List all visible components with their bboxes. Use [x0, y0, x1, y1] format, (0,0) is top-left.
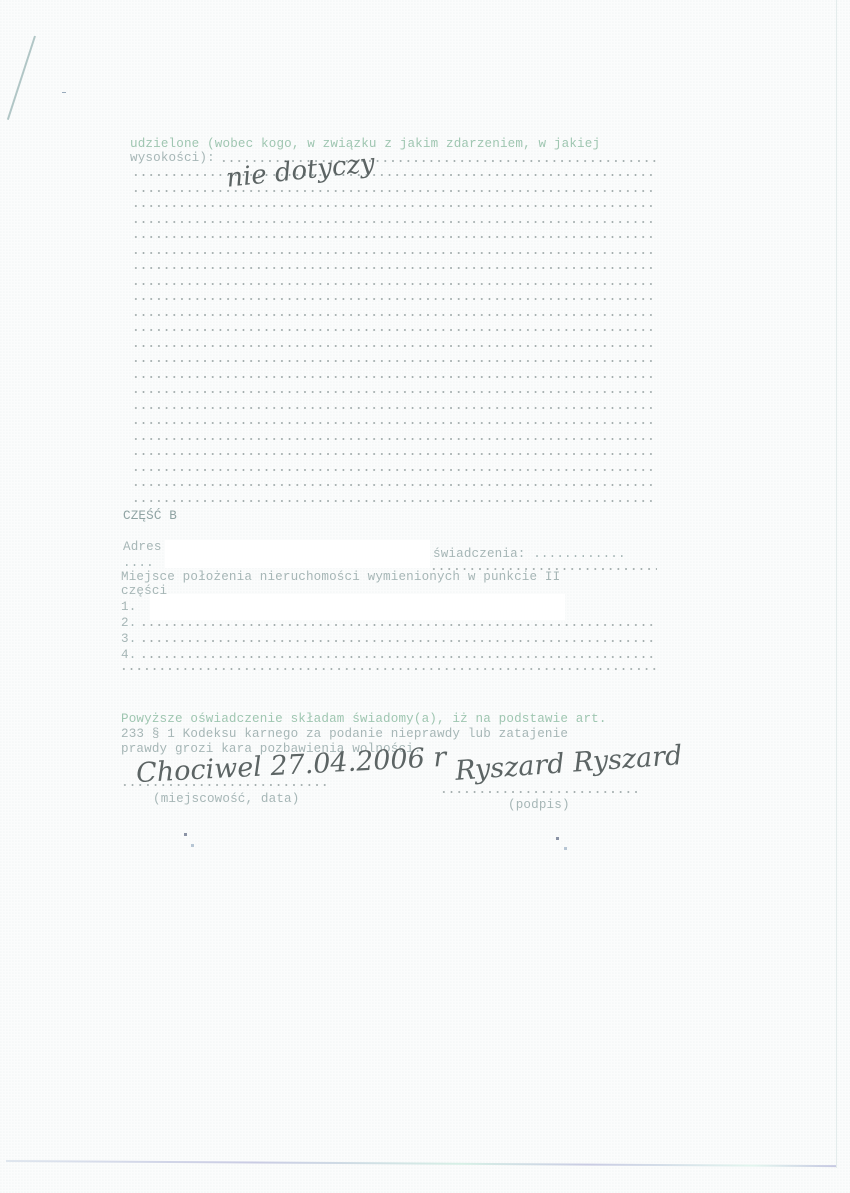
blank-dotted-line — [132, 453, 657, 455]
signature-dotted-line — [440, 791, 640, 793]
handwritten-answer: nie dotyczy — [225, 148, 376, 193]
blank-dotted-line — [132, 236, 657, 238]
item-3-dotted-line — [140, 640, 657, 642]
blank-dotted-line — [132, 438, 657, 440]
blank-dotted-line — [132, 407, 657, 409]
pen-mark-dot — [62, 92, 66, 93]
scan-speck — [564, 847, 567, 850]
item-number-3: 3. — [121, 632, 136, 646]
blank-dotted-line — [132, 329, 657, 331]
place-date-label: (miejscowość, data) — [153, 792, 299, 806]
blank-dotted-line — [132, 360, 657, 362]
blank-dotted-line — [132, 283, 657, 285]
blank-dotted-line — [132, 422, 657, 424]
scanned-document-page: udzielone (wobec kogo, w związku z jakim… — [0, 0, 850, 1193]
blank-dotted-line — [132, 345, 657, 347]
redacted-address — [165, 540, 430, 568]
handwritten-signature: Ryszard Ryszard — [454, 740, 683, 787]
blank-dotted-line — [132, 469, 657, 471]
item-2-dotted-line — [140, 624, 657, 626]
signature-label: (podpis) — [508, 798, 570, 812]
item-4-dotted-line — [140, 656, 657, 658]
section-intro-line2: wysokości): — [130, 151, 215, 165]
item-number-1: 1. — [121, 600, 136, 614]
blank-dotted-line — [132, 391, 657, 393]
address-suffix: świadczenia: ............ — [433, 547, 626, 561]
blank-dotted-line — [132, 190, 657, 192]
page-edge-bottom — [6, 1160, 836, 1167]
blank-dotted-line — [132, 252, 657, 254]
address-label: Adres — [123, 540, 162, 554]
blank-dotted-line — [132, 267, 657, 269]
blank-dotted-line — [132, 500, 657, 502]
declaration-line2: 233 § 1 Kodeksu karnego za podanie niepr… — [121, 727, 568, 741]
page-edge-right — [836, 0, 837, 1168]
pen-mark — [7, 36, 36, 120]
item-4b-dotted-line — [120, 668, 657, 670]
blank-dotted-line — [132, 174, 657, 176]
blank-dotted-line — [132, 314, 657, 316]
scan-speck — [184, 833, 187, 836]
item-number-4: 4. — [121, 648, 136, 662]
redacted-property-item-1 — [150, 594, 565, 620]
scan-speck — [191, 844, 194, 847]
item-number-2: 2. — [121, 616, 136, 630]
part-b-heading: CZĘŚĆ B — [123, 509, 177, 523]
address-continuation: .... — [123, 556, 154, 570]
blank-dotted-line — [132, 205, 657, 207]
blank-dotted-line — [132, 221, 657, 223]
blank-dotted-line — [132, 376, 657, 378]
blank-dotted-line — [132, 484, 657, 486]
property-location-line1: Miejsce położenia nieruchomości wymienio… — [121, 570, 560, 584]
blank-dotted-line — [132, 298, 657, 300]
scan-speck — [556, 837, 559, 840]
declaration-line1: Powyższe oświadczenie składam świadomy(a… — [121, 712, 607, 726]
